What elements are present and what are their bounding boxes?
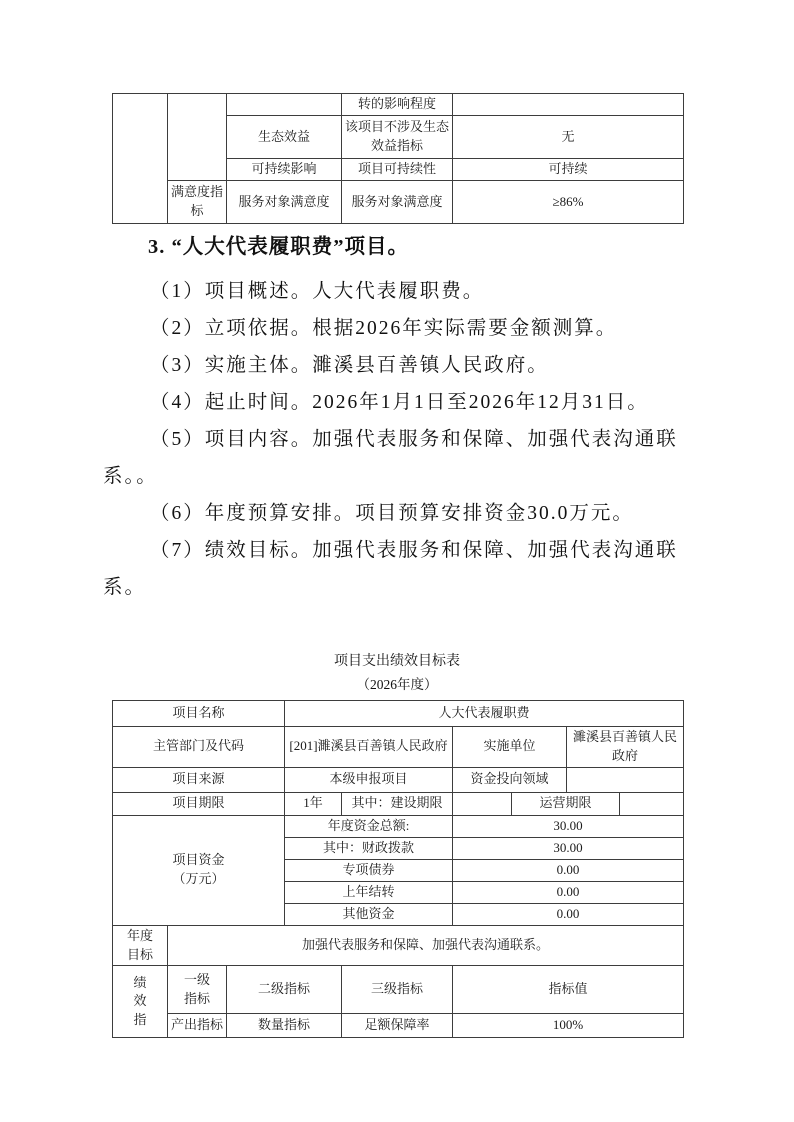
level3-indicator: 足额保障率 <box>342 1014 453 1038</box>
fund-item-name: 专项债券 <box>285 859 453 881</box>
table-row: 项目来源 本级申报项目 资金投向领域 <box>113 767 684 792</box>
paragraph-project-overview: （1）项目概述。人大代表履职费。 <box>103 273 693 310</box>
tertiary-indicator-cell: 转的影响程度 <box>342 94 453 116</box>
body-text: 3. “人大代表履职费”项目。 （1）项目概述。人大代表履职费。 （2）立项依据… <box>103 228 693 606</box>
performance-goal-table: 项目名称 人大代表履职费 主管部门及代码 [201]濉溪县百善镇人民政府 实施单… <box>112 700 684 1038</box>
period-value: 1年 <box>285 792 342 815</box>
level1-indicator: 产出指标 <box>168 1014 227 1038</box>
fund-item-value: 30.00 <box>453 837 684 859</box>
previous-performance-table: 转的影响程度 生态效益 该项目不涉及生态 效益指标 无 可持续影响 项目可持续性… <box>112 93 684 224</box>
table-row: 年度 目标 加强代表服务和保障、加强代表沟通联系。 <box>113 925 684 966</box>
secondary-indicator-cell: 服务对象满意度 <box>227 181 342 224</box>
paragraph-performance-goal: （7）绩效目标。加强代表服务和保障、加强代表沟通联系。 <box>103 532 693 606</box>
fund-item-name: 其他资金 <box>285 903 453 925</box>
indicator-value-cell: 可持续 <box>453 159 684 181</box>
fund-item-value: 30.00 <box>453 815 684 837</box>
fund-item-name: 年度资金总额: <box>285 815 453 837</box>
table-row: 满意度指 标 服务对象满意度 服务对象满意度 ≥86% <box>113 181 684 224</box>
funds-label: 项目资金 （万元） <box>113 815 285 925</box>
paragraph-project-content: （5）项目内容。加强代表服务和保障、加强代表沟通联系。。 <box>103 421 693 495</box>
level2-header: 二级指标 <box>227 966 342 1014</box>
dept-label: 主管部门及代码 <box>113 727 285 768</box>
annual-goal-value: 加强代表服务和保障、加强代表沟通联系。 <box>168 925 684 966</box>
perf-indicator-label: 绩 效 指 <box>113 966 168 1038</box>
indicator-value: 100% <box>453 1014 684 1038</box>
tertiary-indicator-cell: 服务对象满意度 <box>342 181 453 224</box>
goal-table-title-block: 项目支出绩效目标表 （2026年度） <box>0 650 794 696</box>
tertiary-indicator-cell: 项目可持续性 <box>342 159 453 181</box>
impl-unit-value: 濉溪县百善镇人民 政府 <box>567 727 684 768</box>
level2-indicator: 数量指标 <box>227 1014 342 1038</box>
table-row: 主管部门及代码 [201]濉溪县百善镇人民政府 实施单位 濉溪县百善镇人民 政府 <box>113 727 684 768</box>
primary-indicator-cell <box>168 94 227 181</box>
table-row: 项目期限 1年 其中：建设期限 运营期限 <box>113 792 684 815</box>
dept-value: [201]濉溪县百善镇人民政府 <box>285 727 453 768</box>
operate-period-label: 运营期限 <box>512 792 620 815</box>
build-period-value <box>453 792 512 815</box>
secondary-indicator-cell: 可持续影响 <box>227 159 342 181</box>
annual-goal-label: 年度 目标 <box>113 925 168 966</box>
indicator-value-cell <box>453 94 684 116</box>
table-row: 项目名称 人大代表履职费 <box>113 701 684 727</box>
period-label: 项目期限 <box>113 792 285 815</box>
project-name-label: 项目名称 <box>113 701 285 727</box>
indicator-value-cell: ≥86% <box>453 181 684 224</box>
project-name-value: 人大代表履职费 <box>285 701 684 727</box>
fund-item-value: 0.00 <box>453 881 684 903</box>
secondary-indicator-cell <box>227 94 342 116</box>
impl-unit-label: 实施单位 <box>453 727 567 768</box>
fund-item-value: 0.00 <box>453 859 684 881</box>
paragraph-annual-budget: （6）年度预算安排。项目预算安排资金30.0万元。 <box>103 495 693 532</box>
section-heading: 3. “人大代表履职费”项目。 <box>103 228 693 266</box>
operate-period-value <box>620 792 684 815</box>
paragraph-time-range: （4）起止时间。2026年1月1日至2026年12月31日。 <box>103 384 693 421</box>
table-row: 绩 效 指 一级 指标 二级指标 三级指标 指标值 <box>113 966 684 1014</box>
table-row: 转的影响程度 <box>113 94 684 116</box>
goal-table-subtitle: （2026年度） <box>0 673 794 696</box>
fund-area-value <box>567 767 684 792</box>
fund-item-name: 上年结转 <box>285 881 453 903</box>
indicator-value-header: 指标值 <box>453 966 684 1014</box>
build-period-label: 其中：建设期限 <box>342 792 453 815</box>
perf-category-cell <box>113 94 168 224</box>
fund-item-value: 0.00 <box>453 903 684 925</box>
document-page: 转的影响程度 生态效益 该项目不涉及生态 效益指标 无 可持续影响 项目可持续性… <box>0 0 794 1122</box>
level1-header: 一级 指标 <box>168 966 227 1014</box>
level3-header: 三级指标 <box>342 966 453 1014</box>
primary-indicator-cell: 满意度指 标 <box>168 181 227 224</box>
goal-table-title: 项目支出绩效目标表 <box>0 650 794 673</box>
paragraph-implement-body: （3）实施主体。濉溪县百善镇人民政府。 <box>103 347 693 384</box>
indicator-value-cell: 无 <box>453 116 684 159</box>
table-row: 产出指标 数量指标 足额保障率 100% <box>113 1014 684 1038</box>
paragraph-project-basis: （2）立项依据。根据2026年实际需要金额测算。 <box>103 310 693 347</box>
fund-area-label: 资金投向领域 <box>453 767 567 792</box>
fund-item-name: 其中：财政拨款 <box>285 837 453 859</box>
table-row: 项目资金 （万元） 年度资金总额: 30.00 <box>113 815 684 837</box>
source-value: 本级申报项目 <box>285 767 453 792</box>
source-label: 项目来源 <box>113 767 285 792</box>
tertiary-indicator-cell: 该项目不涉及生态 效益指标 <box>342 116 453 159</box>
secondary-indicator-cell: 生态效益 <box>227 116 342 159</box>
